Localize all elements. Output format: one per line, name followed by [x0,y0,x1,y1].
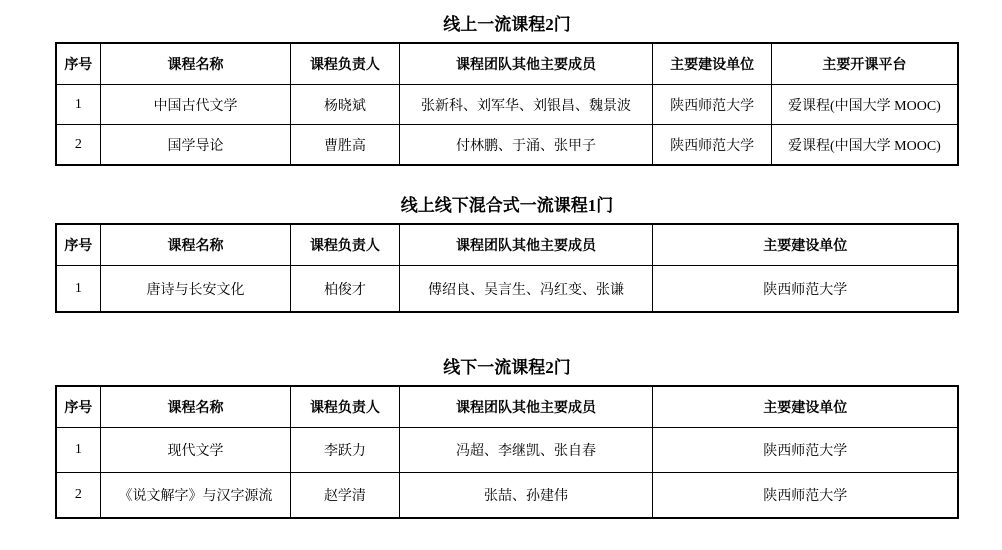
section-title: 线上线下混合式一流课程1门 [55,195,959,216]
table-cell: 爱课程(中国大学 MOOC) [771,125,958,166]
column-header: 课程名称 [100,43,291,85]
table-cell: 傅绍良、吴言生、冯红变、张谦 [399,266,653,313]
table-cell: 陕西师范大学 [653,473,958,519]
column-header: 序号 [56,43,100,85]
table-row: 1唐诗与长安文化柏俊才傅绍良、吴言生、冯红变、张谦陕西师范大学 [56,266,958,313]
course-table: 序号课程名称课程负责人课程团队其他主要成员主要建设单位1现代文学李跃力冯超、李继… [55,385,959,519]
header-row: 序号课程名称课程负责人课程团队其他主要成员主要建设单位 [56,224,958,266]
table-cell: 《说文解字》与汉字源流 [100,473,291,519]
header-row: 序号课程名称课程负责人课程团队其他主要成员主要建设单位主要开课平台 [56,43,958,85]
column-header: 序号 [56,224,100,266]
column-header: 课程名称 [100,386,291,428]
table-cell: 1 [56,85,100,125]
column-header: 主要建设单位 [653,224,958,266]
page-content: 线上一流课程2门 序号课程名称课程负责人课程团队其他主要成员主要建设单位主要开课… [0,0,1002,519]
table-cell: 张新科、刘军华、刘银昌、魏景波 [399,85,653,125]
course-table: 序号课程名称课程负责人课程团队其他主要成员主要建设单位1唐诗与长安文化柏俊才傅绍… [55,223,959,313]
table-cell: 爱课程(中国大学 MOOC) [771,85,958,125]
table-cell: 柏俊才 [291,266,399,313]
table-cell: 现代文学 [100,428,291,473]
table-cell: 2 [56,125,100,166]
table-cell: 李跃力 [291,428,399,473]
table-cell: 陕西师范大学 [653,125,771,166]
column-header: 课程团队其他主要成员 [399,224,653,266]
table-cell: 杨晓斌 [291,85,399,125]
column-header: 主要建设单位 [653,386,958,428]
table-cell: 陕西师范大学 [653,266,958,313]
table-cell: 付林鹏、于涌、张甲子 [399,125,653,166]
section-blended-courses: 线上线下混合式一流课程1门 序号课程名称课程负责人课程团队其他主要成员主要建设单… [55,195,959,313]
table-cell: 冯超、李继凯、张自春 [399,428,653,473]
section-title: 线下一流课程2门 [55,357,959,378]
table-cell: 曹胜高 [291,125,399,166]
section-offline-courses: 线下一流课程2门 序号课程名称课程负责人课程团队其他主要成员主要建设单位1现代文… [55,357,959,519]
section-title: 线上一流课程2门 [55,14,959,35]
column-header: 主要开课平台 [771,43,958,85]
table-cell: 唐诗与长安文化 [100,266,291,313]
document-page: { "page": { "background_color": "#ffffff… [0,0,1002,550]
section-online-courses: 线上一流课程2门 序号课程名称课程负责人课程团队其他主要成员主要建设单位主要开课… [55,14,959,166]
table-row: 1现代文学李跃力冯超、李继凯、张自春陕西师范大学 [56,428,958,473]
table-cell: 陕西师范大学 [653,85,771,125]
table-cell: 1 [56,428,100,473]
table-cell: 2 [56,473,100,519]
column-header: 序号 [56,386,100,428]
column-header: 课程团队其他主要成员 [399,386,653,428]
table-row: 2国学导论曹胜高付林鹏、于涌、张甲子陕西师范大学爱课程(中国大学 MOOC) [56,125,958,166]
table-row: 2《说文解字》与汉字源流赵学清张喆、孙建伟陕西师范大学 [56,473,958,519]
course-table: 序号课程名称课程负责人课程团队其他主要成员主要建设单位主要开课平台1中国古代文学… [55,42,959,166]
table-row: 1中国古代文学杨晓斌张新科、刘军华、刘银昌、魏景波陕西师范大学爱课程(中国大学 … [56,85,958,125]
table-cell: 中国古代文学 [100,85,291,125]
column-header: 主要建设单位 [653,43,771,85]
table-cell: 国学导论 [100,125,291,166]
column-header: 课程负责人 [291,224,399,266]
table-cell: 陕西师范大学 [653,428,958,473]
table-cell: 张喆、孙建伟 [399,473,653,519]
table-cell: 1 [56,266,100,313]
column-header: 课程团队其他主要成员 [399,43,653,85]
column-header: 课程负责人 [291,43,399,85]
column-header: 课程名称 [100,224,291,266]
column-header: 课程负责人 [291,386,399,428]
table-cell: 赵学清 [291,473,399,519]
header-row: 序号课程名称课程负责人课程团队其他主要成员主要建设单位 [56,386,958,428]
